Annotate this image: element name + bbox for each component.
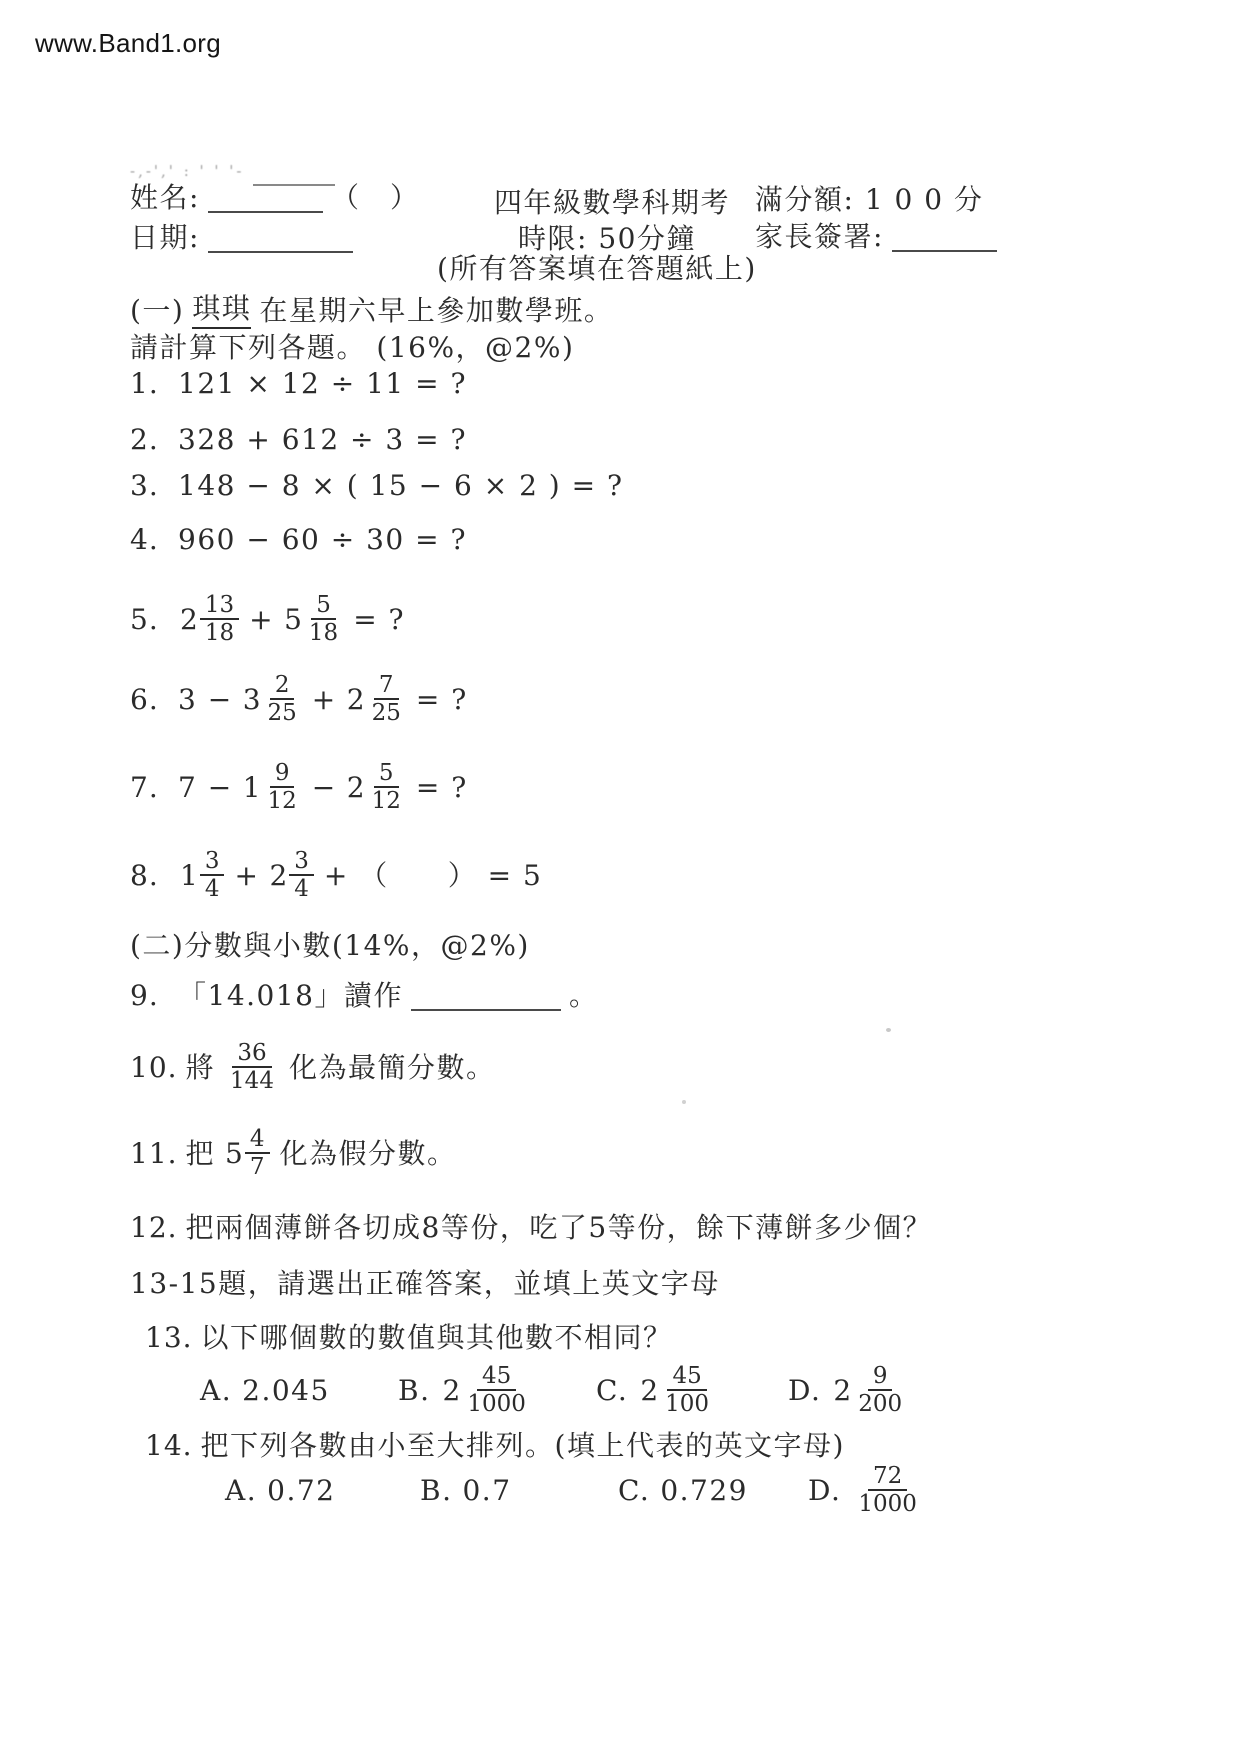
fraction-denominator: 18 [304,620,343,646]
fraction-whole: 2 [269,858,287,893]
site-watermark: www.Band1.org [35,28,221,59]
fraction-numerator: 5 [374,760,399,788]
fraction-denominator: 7 [245,1154,270,1180]
text: 121 × 12 ÷ 11 = ? [178,366,467,401]
question-6: 6.3 −3225+2725= ? [130,672,468,727]
question-number: 7. [130,770,170,805]
question-4: 4.960 − 60 ÷ 30 = ? [130,522,467,557]
question-number: 12. [130,1210,178,1245]
class-number-parens: （ ） [331,180,420,215]
text: 在星期六早上參加數學班。 [259,293,613,328]
date-blank [208,223,353,253]
fraction-whole: 2 [180,602,198,637]
option-label: D. [808,1474,841,1507]
fraction: 1912 [243,760,302,815]
question-11: 11.把547化為假分數。 [130,1126,457,1181]
question-number: 11. [130,1136,178,1171]
fraction-denominator: 18 [200,620,239,646]
question-14-options: A.0.72B.0.7C.0.729D.721000 [130,1458,1130,1522]
parent-signature-blank [892,222,997,252]
fraction: 547 [225,1126,269,1181]
underlined-name: 琪琪 [192,291,251,329]
option-value: 0.7 [462,1474,511,1507]
text: = ? [353,602,405,637]
fraction: 5518 [284,592,343,647]
fraction: 21318 [180,592,239,647]
text: 化為假分數。 [280,1136,457,1171]
fraction-denominator: 100 [660,1391,714,1417]
answer-sheet-note-text: (所有答案填在答題紙上) [437,251,757,286]
text: 148 − 8 × ( 15 − 6 × 2 ) = ? [178,468,623,503]
section-2-heading: (二)分數與小數(14%，@2%) [130,928,530,963]
fraction-denominator: 1000 [462,1391,531,1417]
fraction-numerator: 72 [868,1463,907,1491]
question-number: 9. [130,978,170,1013]
fraction: 2451000 [442,1363,530,1418]
option-label: D. [788,1374,821,1407]
option: B.0.7 [420,1458,512,1522]
question-1: 1.121 × 12 ÷ 11 = ? [130,366,467,401]
question-8: 8.134+234+ （ ） = 5 [130,848,542,903]
fraction-numerator: 2 [270,672,295,700]
name-blank [208,183,323,213]
fraction-whole: 2 [833,1374,851,1407]
fraction-whole: 2 [347,682,365,717]
fraction-numerator: 13 [200,592,239,620]
option: A.0.72 [225,1458,335,1522]
fraction-denominator: 25 [367,700,406,726]
fraction-whole: 5 [225,1136,243,1171]
fraction-whole: 2 [640,1374,658,1407]
text: + [312,682,337,717]
fraction-numerator: 9 [270,760,295,788]
exam-title-text: 四年級數學科期考 [494,185,730,220]
option-label: B. [420,1474,452,1507]
text: 把 [186,1136,216,1171]
fraction-denominator: 200 [853,1391,907,1417]
question-number: 13. [145,1320,193,1355]
text: 7 − [178,770,233,805]
text: + （ ） = 5 [324,858,542,893]
fraction: 2725 [347,672,406,727]
fraction: 234 [269,848,313,903]
fraction-denominator: 4 [200,876,225,902]
text: 960 − 60 ÷ 30 = ? [178,522,467,557]
question-number: 8. [130,858,170,893]
full-marks-text: 滿分額: 1 0 0 分 [755,182,983,217]
text: 化為最簡分數。 [289,1050,496,1085]
text: 328 + 612 ÷ 3 = ? [178,422,467,457]
parent-signature-row: 家長簽署: [755,219,997,254]
text: − [312,770,337,805]
question-number: 10. [130,1050,178,1085]
fraction-numerator: 4 [245,1126,270,1154]
option: B.2451000 [398,1358,533,1422]
answer-blank [411,981,561,1011]
exam-title: 四年級數學科期考 [494,185,730,220]
fraction: 245100 [640,1363,714,1418]
section-1-subheading-text: 請計算下列各題。 (16%，@2%) [130,330,574,365]
question-number: 1. [130,366,170,401]
question-10: 10.將36144化為最簡分數。 [130,1040,495,1095]
fraction-denominator: 144 [225,1068,279,1094]
option: D.721000 [808,1458,924,1522]
option-value: 0.729 [660,1474,748,1507]
fraction-whole: 1 [243,770,261,805]
text: 將 [186,1050,216,1085]
fraction-numerator: 45 [667,1363,706,1391]
fraction: 3225 [243,672,302,727]
fraction-numerator: 9 [868,1363,893,1391]
text: 3 − [178,682,233,717]
fraction-numerator: 7 [374,672,399,700]
date-label: 日期: [130,220,200,255]
fraction-numerator: 3 [200,848,225,876]
option: D.29200 [788,1358,909,1422]
fraction-denominator: 25 [263,700,302,726]
text: 13-15題，請選出正確答案，並填上英文字母 [130,1266,720,1301]
section-2-heading-text: (二)分數與小數(14%，@2%) [130,928,530,963]
text: = ? [416,682,468,717]
fraction-whole: 1 [180,858,198,893]
fraction: 36144 [225,1040,279,1095]
fraction-whole: 2 [442,1374,460,1407]
fraction: 721000 [853,1463,922,1518]
fraction: 29200 [833,1363,907,1418]
question-2: 2.328 + 612 ÷ 3 = ? [130,422,467,457]
question-number: 3. [130,468,170,503]
text: 。 [569,978,599,1013]
text: = ? [416,770,468,805]
fraction-denominator: 12 [263,788,302,814]
option-label: A. [200,1374,232,1407]
fraction-numerator: 3 [289,848,314,876]
option-label: C. [618,1474,650,1507]
question-7: 7.7 −1912−2512= ? [130,760,468,815]
fraction: 134 [180,848,224,903]
full-marks: 滿分額: 1 0 0 分 [755,182,983,217]
name-label: 姓名: [130,180,200,215]
answer-sheet-note: (所有答案填在答題紙上) [437,251,757,286]
questions-13-15-instruction: 13-15題，請選出正確答案，並填上英文字母 [130,1266,720,1301]
fraction-numerator: 45 [477,1363,516,1391]
question-12: 12.把兩個薄餅各切成8等份，吃了5等份，餘下薄餅多少個？ [130,1210,932,1245]
fraction-denominator: 12 [367,788,406,814]
question-13: 13.以下哪個數的數值與其他數不相同？ [145,1320,673,1355]
fraction-denominator: 1000 [853,1491,922,1517]
fraction-whole: 5 [284,602,302,637]
option-value: 2.045 [242,1374,330,1407]
question-13-options: A.2.045B.2451000C.245100D.29200 [130,1358,1130,1422]
question-3: 3.148 − 8 × ( 15 − 6 × 2 ) = ? [130,468,623,503]
question-number: 5. [130,602,170,637]
fraction-numerator: 36 [232,1040,271,1068]
fraction-numerator: 5 [311,592,336,620]
option: A.2.045 [200,1358,330,1422]
option: C.0.729 [618,1458,748,1522]
text: 以下哪個數的數值與其他數不相同？ [201,1320,673,1355]
date-field-row: 日期: [130,220,353,255]
text: + [249,602,274,637]
section-1-heading: (一)琪琪在星期六早上參加數學班。 [130,291,613,329]
fraction: 2512 [347,760,406,815]
scan-speck [682,1100,686,1104]
text: + [234,858,259,893]
question-9: 9.「14.018」讀作。 [130,978,599,1013]
text: 把兩個薄餅各切成8等份，吃了5等份，餘下薄餅多少個？ [186,1210,933,1245]
question-number: 6. [130,682,170,717]
text: 「14.018」讀作 [178,978,403,1013]
name-field-row: 姓名: （ ） [130,180,419,215]
option-value: 0.72 [267,1474,335,1507]
parent-signature-label: 家長簽署: [755,219,884,254]
option-label: B. [398,1374,430,1407]
question-5: 5.21318+5518= ? [130,592,405,647]
fraction-whole: 3 [243,682,261,717]
scanned-exam-page: www.Band1.org -,-',' : ' ' '- 姓名: （ ） 四年… [0,0,1240,1754]
option-label: C. [596,1374,628,1407]
text: (一) [130,293,184,328]
illegible-scribble: -,-',' : ' ' '- [130,162,245,181]
section-1-subheading: 請計算下列各題。 (16%，@2%) [130,330,574,365]
option-label: A. [225,1474,257,1507]
fraction-whole: 2 [347,770,365,805]
fraction-denominator: 4 [289,876,314,902]
option: C.245100 [596,1358,716,1422]
question-number: 4. [130,522,170,557]
question-number: 2. [130,422,170,457]
scan-speck [886,1028,891,1032]
